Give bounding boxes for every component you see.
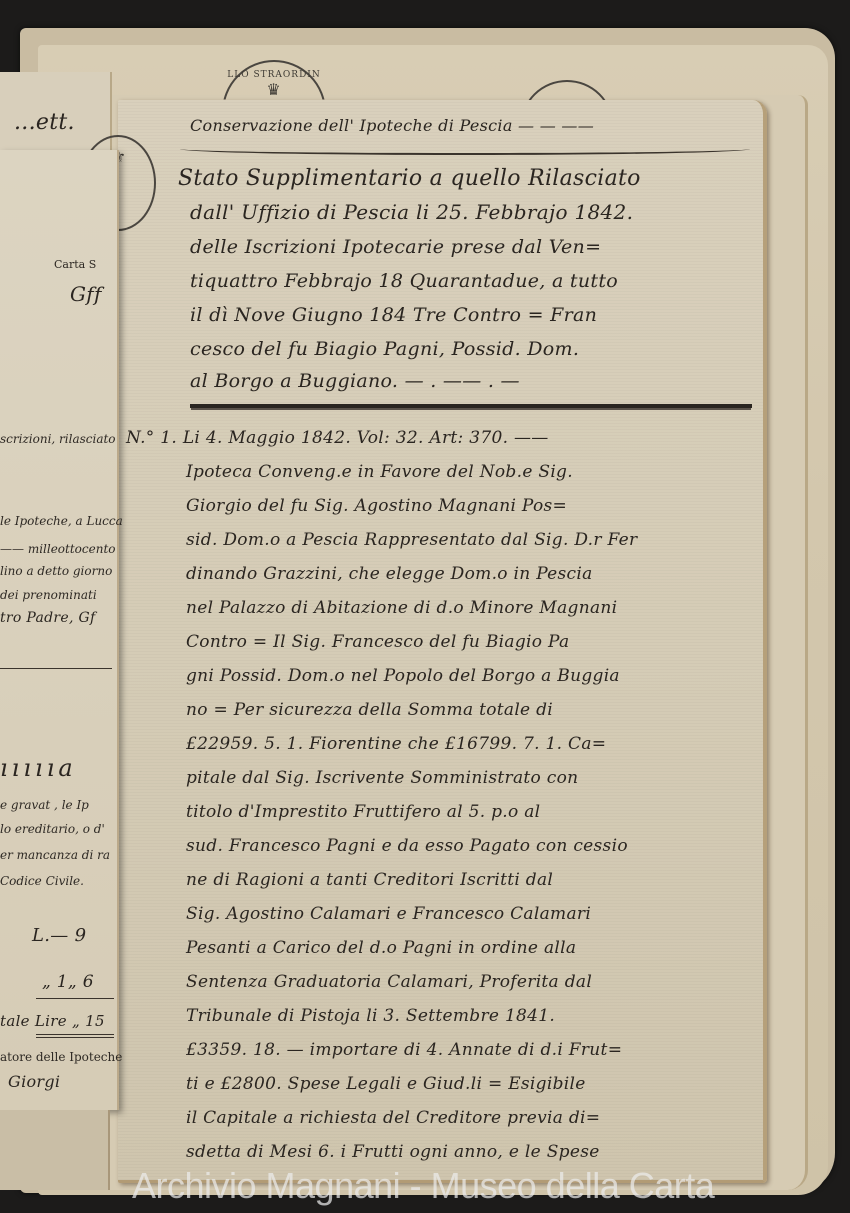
amount-label: L.— 9 xyxy=(32,925,86,946)
title-line-3: delle Iscrizioni Ipotecarie prese dal Ve… xyxy=(190,236,601,258)
entry-line-8: gni Possid. Dom.o nel Popolo del Borgo a… xyxy=(186,666,620,686)
left-line-6: tro Padre, Gf xyxy=(0,610,95,626)
total-label: tale Lire „ 15 xyxy=(0,1012,105,1030)
document-header: Conservazione dell' Ipoteche di Pescia —… xyxy=(190,116,594,135)
carta-label: Carta S xyxy=(54,258,96,271)
stamp-text: LLO STRAORDIN xyxy=(224,70,324,80)
left-fragment-line-1: ...ett. xyxy=(14,110,75,135)
entry-line-17: Sentenza Graduatoria Calamari, Proferita… xyxy=(186,972,592,992)
entry-line-7: Contro = Il Sig. Francesco del fu Biagio… xyxy=(186,632,569,652)
title-line-7: al Borgo a Buggiano. — . —— . — xyxy=(190,370,520,392)
left-rule-3 xyxy=(36,1034,114,1035)
left-line-2: le Ipoteche, a Lucca xyxy=(0,514,123,528)
archive-watermark: Archivio Magnani - Museo della Carta xyxy=(132,1165,714,1207)
left-line-9: er mancanza di ra xyxy=(0,848,110,862)
left-line-1: scrizioni, rilasciato xyxy=(0,432,116,446)
entry-line-1: N.° 1. Li 4. Maggio 1842. Vol: 32. Art: … xyxy=(126,428,549,448)
left-flourish-text: ıııııa xyxy=(0,754,77,782)
entry-line-3: Giorgio del fu Sig. Agostino Magnani Pos… xyxy=(186,496,567,516)
left-rule-1 xyxy=(0,668,112,669)
title-line-5: il dì Nove Giugno 184 Tre Contro = Fran xyxy=(190,304,597,326)
title-line-2: dall' Uffizio di Pescia li 25. Febbrajo … xyxy=(190,200,633,224)
entry-line-5: dinando Grazzini, che elegge Dom.o in Pe… xyxy=(186,564,593,584)
entry-line-10: £22959. 5. 1. Fiorentine che £16799. 7. … xyxy=(186,734,606,754)
entry-line-4: sid. Dom.o a Pescia Rappresentato dal Si… xyxy=(186,530,637,550)
left-line-3: —— milleottocento xyxy=(0,542,116,556)
entry-line-9: no = Per sicurezza della Somma totale di xyxy=(186,700,553,720)
left-rule-4 xyxy=(36,1037,114,1038)
entry-line-16: Pesanti a Carico del d.o Pagni in ordine… xyxy=(186,938,576,958)
signature: Giorgi xyxy=(8,1072,60,1091)
left-rule-2 xyxy=(36,998,114,999)
entry-line-6: nel Palazzo di Abitazione di d.o Minore … xyxy=(186,598,617,618)
left-line-4: lino a detto giorno xyxy=(0,564,112,578)
entry-line-19: £3359. 18. — importare di 4. Annate di d… xyxy=(186,1040,622,1060)
title-line-4: tiquattro Febbrajo 18 Quarantadue, a tut… xyxy=(190,270,618,292)
carta-signature: Gff xyxy=(70,282,102,306)
title-line-1: Stato Supplimentario a quello Rilasciato xyxy=(178,166,641,191)
entry-line-13: sud. Francesco Pagni e da esso Pagato co… xyxy=(186,836,628,856)
left-sheet-lower-fragment xyxy=(0,1110,110,1190)
entry-line-20: ti e £2800. Spese Legali e Giud.li = Esi… xyxy=(186,1074,586,1094)
title-line-6: cesco del fu Biagio Pagni, Possid. Dom. xyxy=(190,338,579,360)
left-line-7: e gravat , le Ip xyxy=(0,798,89,812)
amount-row: „ 1„ 6 xyxy=(42,972,94,992)
entry-line-18: Tribunale di Pistoja li 3. Settembre 184… xyxy=(186,1006,555,1026)
section-divider xyxy=(190,404,752,408)
entry-line-15: Sig. Agostino Calamari e Francesco Calam… xyxy=(186,904,591,924)
entry-line-12: titolo d'Imprestito Fruttifero al 5. p.o… xyxy=(186,802,540,822)
entry-line-14: ne di Ragioni a tanti Creditori Iscritti… xyxy=(186,870,553,890)
left-line-8: lo ereditario, o d' xyxy=(0,822,105,836)
entry-line-21: il Capitale a richiesta del Creditore pr… xyxy=(186,1108,600,1128)
left-line-5: dei prenominati xyxy=(0,588,97,602)
entry-line-22: sdetta di Mesi 6. i Frutti ogni anno, e … xyxy=(186,1142,600,1162)
header-flourish xyxy=(180,143,750,155)
entry-line-2: Ipoteca Conveng.e in Favore del Nob.e Si… xyxy=(186,462,573,482)
left-line-10: Codice Civile. xyxy=(0,874,84,888)
signature-label: atore delle Ipoteche xyxy=(0,1050,122,1064)
entry-line-11: pitale dal Sig. Iscrivente Somministrato… xyxy=(186,768,578,788)
crown-icon: ♛ xyxy=(224,80,324,99)
